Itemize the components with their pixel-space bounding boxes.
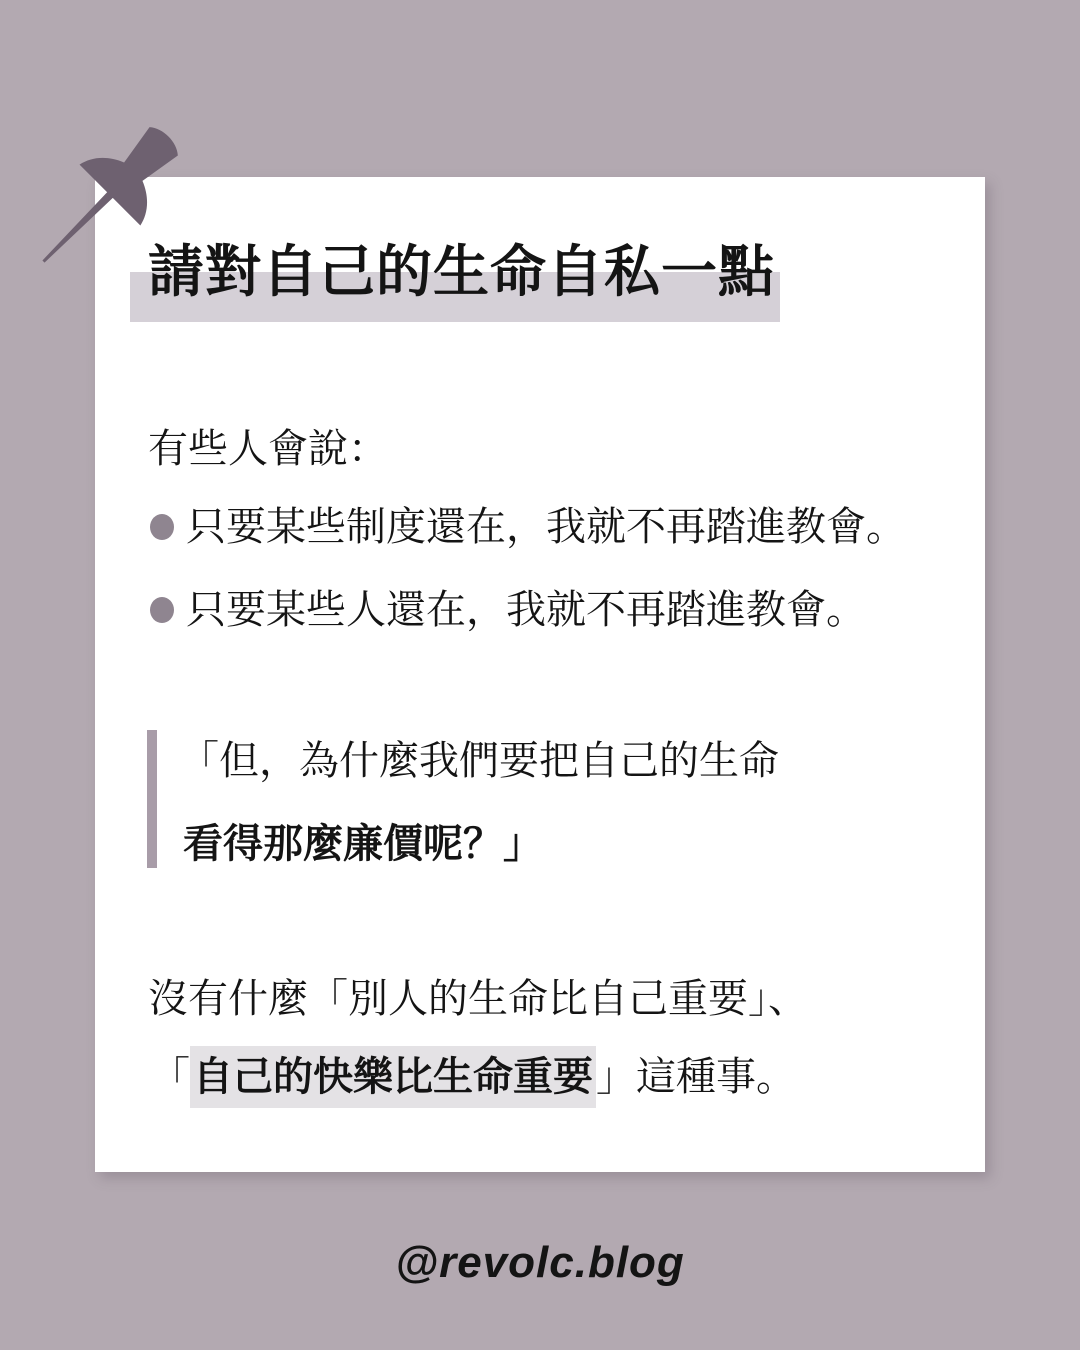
quote-left-bar bbox=[147, 730, 157, 868]
highlighted-phrase: 自己的快樂比生命重要 bbox=[190, 1046, 596, 1108]
quote-text-line2: 看得那麼廉價呢？」 bbox=[183, 820, 543, 868]
account-handle: @revolc.blog bbox=[0, 1238, 1080, 1288]
bullet-dot-icon bbox=[150, 514, 174, 540]
bullet-text: 只要某些制度還在，我就不再踏進教會。 bbox=[186, 503, 906, 551]
list-item: 只要某些人還在，我就不再踏進教會。 bbox=[150, 586, 866, 634]
closing-text-line1: 沒有什麼「別人的生命比自己重要」、 bbox=[148, 975, 808, 1023]
note-card: 請對自己的生命自私一點 有些人會說： 只要某些制度還在，我就不再踏進教會。 只要… bbox=[95, 177, 985, 1172]
intro-text: 有些人會說： bbox=[148, 425, 388, 473]
page-title: 請對自己的生命自私一點 bbox=[148, 241, 775, 303]
closing-suffix: 」這種事。 bbox=[596, 1055, 796, 1099]
quote-text-line1: 「但，為什麼我們要把自己的生命 bbox=[179, 737, 779, 785]
closing-text-line2: 「自己的快樂比生命重要」這種事。 bbox=[150, 1053, 796, 1101]
list-item: 只要某些制度還在，我就不再踏進教會。 bbox=[150, 503, 906, 551]
post-canvas: 請對自己的生命自私一點 有些人會說： 只要某些制度還在，我就不再踏進教會。 只要… bbox=[0, 0, 1080, 1350]
bullet-text: 只要某些人還在，我就不再踏進教會。 bbox=[186, 586, 866, 634]
closing-prefix: 「 bbox=[150, 1055, 190, 1099]
bullet-dot-icon bbox=[150, 597, 174, 623]
